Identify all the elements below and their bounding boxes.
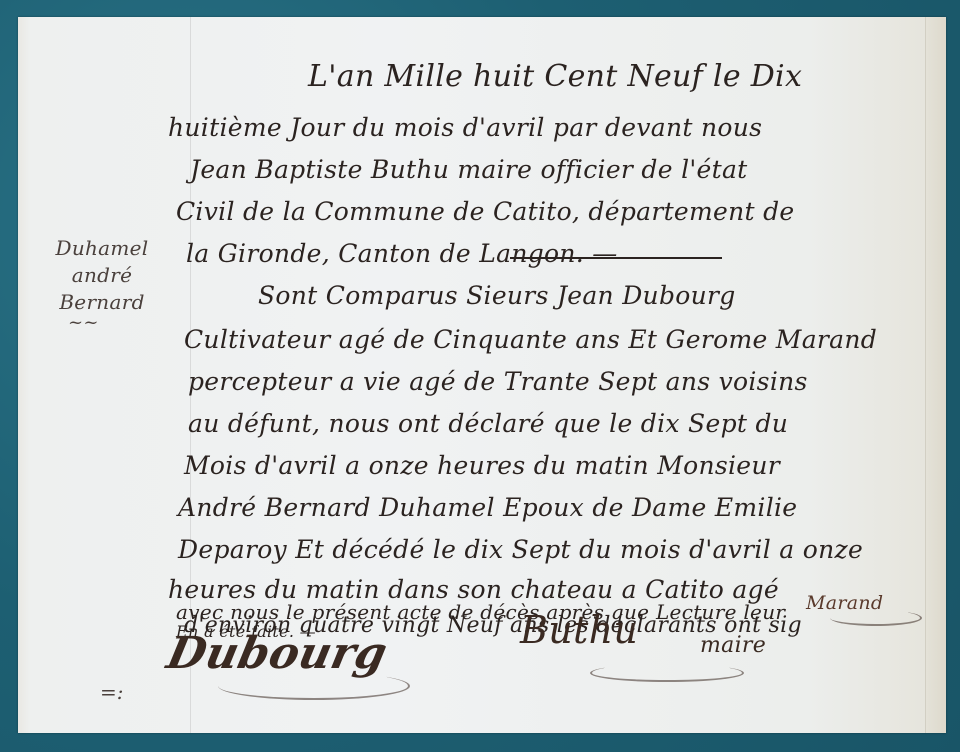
document-page: Duhamel andré Bernard ~~ L'an Mille huit… [18,17,946,733]
signature-mark: =: [100,680,124,704]
record-line-12: Deparoy Et décédé le dix Sept du mois d'… [178,535,863,564]
record-line-7: Cultivateur agé de Cinquante ans Et Gero… [184,325,877,354]
signature-buthu: Buthu [520,608,638,652]
signature-mayor-title: maire [700,633,766,658]
record-line-8: percepteur a vie agé de Trante Sept ans … [188,367,808,396]
margin-note-flourish: ~~ [32,316,172,330]
record-line-15: avec nous le présent acte de décès après… [176,600,785,624]
margin-note-given-name-2: Bernard [32,289,172,316]
margin-note: Duhamel andré Bernard ~~ [32,235,172,330]
record-line-3: Jean Baptiste Buthu maire officier de l'… [190,155,748,184]
signature-marand-flourish [830,610,922,626]
line-filler-dash [510,257,722,259]
signature-buthu-flourish [590,664,744,682]
record-line-6: Sont Comparus Sieurs Jean Dubourg [258,281,736,310]
signature-dubourg: Dubourg [163,628,392,679]
record-line-11: André Bernard Duhamel Epoux de Dame Emil… [178,493,797,522]
margin-note-given-name-1: andré [32,262,172,289]
record-line-2: huitième Jour du mois d'avril par devant… [168,113,762,142]
record-line-1: L'an Mille huit Cent Neuf le Dix [308,59,802,94]
record-line-4: Civil de la Commune de Catito, départeme… [176,197,795,226]
signature-dubourg-flourish [218,672,410,700]
margin-note-surname: Duhamel [32,235,172,262]
page-edge [925,17,946,733]
record-line-5: la Gironde, Canton de Langon. — [186,239,618,268]
record-line-9: au défunt, nous ont déclaré que le dix S… [188,409,788,438]
record-line-10: Mois d'avril a onze heures du matin Mons… [184,451,780,480]
